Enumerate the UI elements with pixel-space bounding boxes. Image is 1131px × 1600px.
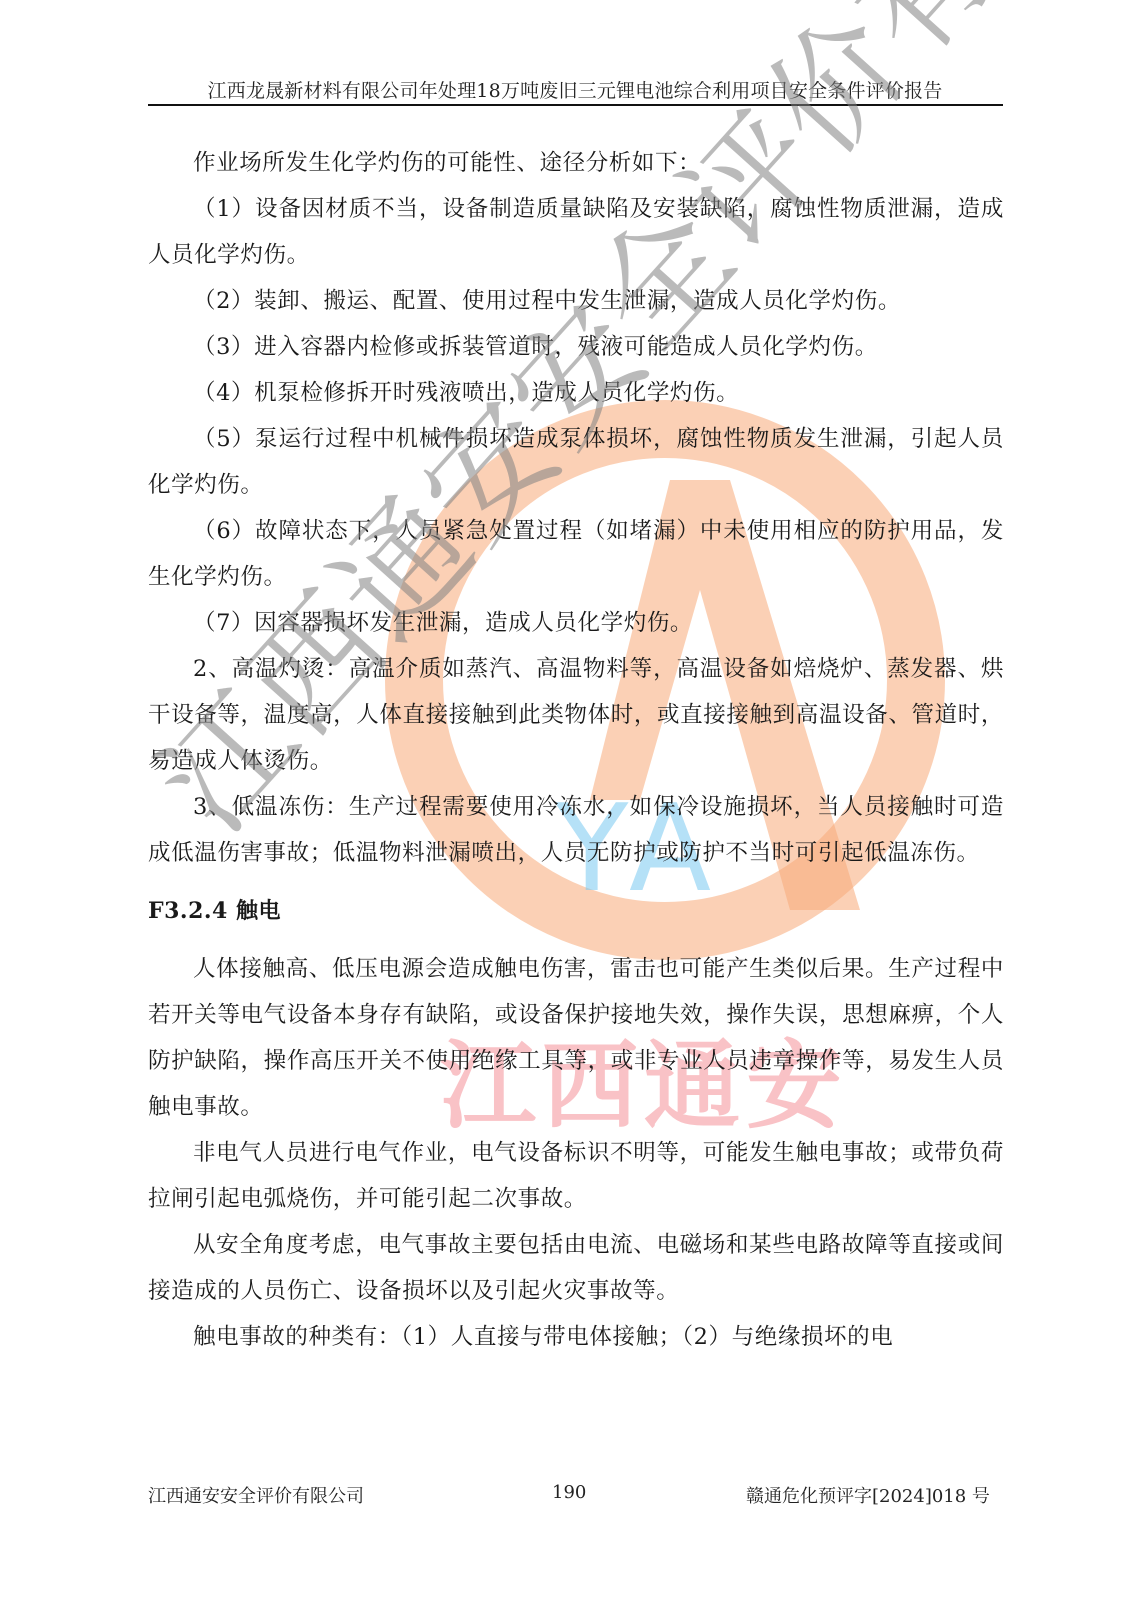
paragraph: 触电事故的种类有：（1）人直接与带电体接触；（2）与绝缘损坏的电 bbox=[148, 1314, 1004, 1360]
paragraph: 3、低温冻伤：生产过程需要使用冷冻水，如保冷设施损坏，当人员接触时可造成低温伤害… bbox=[148, 784, 1004, 876]
page-header-title: 江西龙晟新材料有限公司年处理18万吨废旧三元锂电池综合利用项目安全条件评价报告 bbox=[148, 76, 1002, 103]
page-number: 190 bbox=[552, 1482, 586, 1503]
paragraph: 作业场所发生化学灼伤的可能性、途径分析如下： bbox=[148, 140, 1004, 186]
paragraph: （2）装卸、搬运、配置、使用过程中发生泄漏，造成人员化学灼伤。 bbox=[148, 278, 1004, 324]
paragraph: 人体接触高、低压电源会造成触电伤害，雷击也可能产生类似后果。生产过程中若开关等电… bbox=[148, 946, 1004, 1130]
header-divider bbox=[148, 104, 1003, 106]
document-page: YA 江西通安 江西通安安全评价有限公司 江西龙晟新材料有限公司年处理18万吨废… bbox=[0, 0, 1131, 1600]
paragraph: 2、高温灼烫：高温介质如蒸汽、高温物料等，高温设备如焙烧炉、蒸发器、烘干设备等，… bbox=[148, 646, 1004, 784]
paragraph: （6）故障状态下，人员紧急处置过程（如堵漏）中未使用相应的防护用品，发生化学灼伤… bbox=[148, 508, 1004, 600]
paragraph: （5）泵运行过程中机械件损坏造成泵体损坏，腐蚀性物质发生泄漏，引起人员化学灼伤。 bbox=[148, 416, 1004, 508]
footer-company: 江西通安安全评价有限公司 bbox=[148, 1482, 364, 1508]
paragraph: （7）因容器损坏发生泄漏，造成人员化学灼伤。 bbox=[148, 600, 1004, 646]
paragraph: （1）设备因材质不当，设备制造质量缺陷及安装缺陷，腐蚀性物质泄漏，造成人员化学灼… bbox=[148, 186, 1004, 278]
paragraph: 从安全角度考虑，电气事故主要包括由电流、电磁场和某些电路故障等直接或间接造成的人… bbox=[148, 1222, 1004, 1314]
document-body: 作业场所发生化学灼伤的可能性、途径分析如下： （1）设备因材质不当，设备制造质量… bbox=[148, 140, 1004, 1360]
footer-report-number: 赣通危化预评字[2024]018 号 bbox=[746, 1482, 990, 1508]
paragraph: （3）进入容器内检修或拆装管道时，残液可能造成人员化学灼伤。 bbox=[148, 324, 1004, 370]
paragraph: 非电气人员进行电气作业，电气设备标识不明等，可能发生触电事故；或带负荷拉闸引起电… bbox=[148, 1130, 1004, 1222]
section-heading: F3.2.4 触电 bbox=[148, 888, 1004, 934]
paragraph: （4）机泵检修拆开时残液喷出，造成人员化学灼伤。 bbox=[148, 370, 1004, 416]
